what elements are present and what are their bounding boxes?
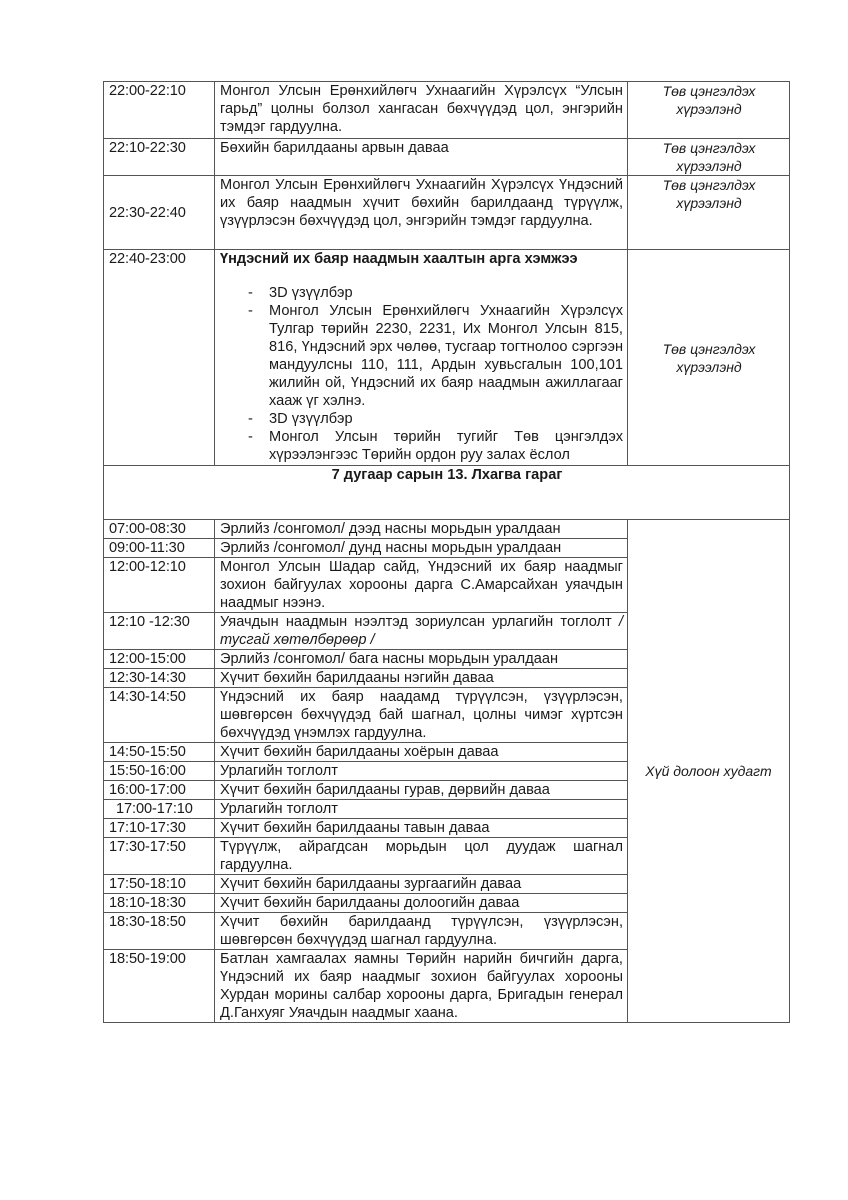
time-cell: 17:30-17:50	[104, 838, 215, 875]
event-cell: Хүчит бөхийн барилдааны нэгийн даваа	[215, 669, 628, 688]
time-cell: 14:50-15:50	[104, 743, 215, 762]
event-item: Монгол Улсын Ерөнхийлөгч Ухнаагийн Хүрэл…	[248, 302, 623, 410]
event-cell: Батлан хамгаалах яамны Төрийн нарийн бич…	[215, 950, 628, 1023]
event-item: Монгол Улсын төрийн тугийг Төв цэнгэлдэх…	[248, 428, 623, 464]
event-cell: Үндэсний их баяр наадамд түрүүлсэн, үзүү…	[215, 688, 628, 743]
time-cell: 12:10 -12:30	[104, 613, 215, 650]
event-cell: Урлагийн тоглолт	[215, 800, 628, 819]
event-cell: Эрлийз /сонгомол/ дээд насны морьдын ура…	[215, 520, 628, 539]
event-cell: Хүчит бөхийн барилдааны тавын даваа	[215, 819, 628, 838]
event-cell: Уяачдын наадмын нээлтэд зориулсан урлаги…	[215, 613, 628, 650]
table-row: 07:00-08:30 Эрлийз /сонгомол/ дээд насны…	[104, 520, 790, 539]
time-cell: 17:00-17:10	[104, 800, 215, 819]
time-cell: 12:00-15:00	[104, 650, 215, 669]
time-cell: 22:30-22:40	[104, 176, 215, 250]
time-cell: 17:10-17:30	[104, 819, 215, 838]
event-cell: Монгол Улсын Шадар сайд, Үндэсний их бая…	[215, 558, 628, 613]
time-cell: 15:50-16:00	[104, 762, 215, 781]
date-header: 7 дугаар сарын 13. Лхагва гараг	[104, 466, 790, 520]
event-cell: Хүчит бөхийн барилдаанд түрүүлсэн, үзүүр…	[215, 913, 628, 950]
time-cell: 14:30-14:50	[104, 688, 215, 743]
time-cell: 22:00-22:10	[104, 82, 215, 139]
time-cell: 22:40-23:00	[104, 250, 215, 466]
event-item-list: 3D үзүүлбэр Монгол Улсын Ерөнхийлөгч Ухн…	[220, 284, 623, 464]
date-header-row: 7 дугаар сарын 13. Лхагва гараг	[104, 466, 790, 520]
event-cell: Эрлийз /сонгомол/ бага насны морьдын ура…	[215, 650, 628, 669]
time-cell: 12:00-12:10	[104, 558, 215, 613]
time-cell: 18:50-19:00	[104, 950, 215, 1023]
location-cell: Төв цэнгэлдэх хүрээлэнд	[628, 139, 790, 176]
event-cell: Урлагийн тоглолт	[215, 762, 628, 781]
event-cell: Хүчит бөхийн барилдааны долоогийн даваа	[215, 894, 628, 913]
time-cell: 09:00-11:30	[104, 539, 215, 558]
event-item: 3D үзүүлбэр	[248, 410, 623, 428]
time-cell: 18:10-18:30	[104, 894, 215, 913]
location-cell: Төв цэнгэлдэх хүрээлэнд	[628, 250, 790, 466]
event-cell: Монгол Улсын Ерөнхийлөгч Ухнаагийн Хүрэл…	[215, 176, 628, 250]
time-cell: 12:30-14:30	[104, 669, 215, 688]
time-cell: 07:00-08:30	[104, 520, 215, 539]
event-cell: Бөхийн барилдааны арвын даваа	[215, 139, 628, 176]
event-cell: Эрлийз /сонгомол/ дунд насны морьдын ура…	[215, 539, 628, 558]
time-cell: 18:30-18:50	[104, 913, 215, 950]
event-title: Үндэсний их баяр наадмын хаалтын арга хэ…	[220, 250, 623, 268]
time-cell: 22:10-22:30	[104, 139, 215, 176]
event-cell: Хүчит бөхийн барилдааны гурав, дөрвийн д…	[215, 781, 628, 800]
table-row: 22:30-22:40 Монгол Улсын Ерөнхийлөгч Ухн…	[104, 176, 790, 250]
schedule-table: 22:00-22:10 Монгол Улсын Ерөнхийлөгч Ухн…	[103, 81, 790, 1023]
event-cell: Түрүүлж, айрагдсан морьдын цол дуудаж ша…	[215, 838, 628, 875]
event-cell: Үндэсний их баяр наадмын хаалтын арга хэ…	[215, 250, 628, 466]
event-cell: Монгол Улсын Ерөнхийлөгч Ухнаагийн Хүрэл…	[215, 82, 628, 139]
event-text: Уяачдын наадмын нээлтэд зориулсан урлаги…	[220, 614, 619, 630]
location-cell: Хүй долоон худагт	[628, 520, 790, 1023]
event-cell: Хүчит бөхийн барилдааны хоёрын даваа	[215, 743, 628, 762]
location-cell: Төв цэнгэлдэх хүрээлэнд	[628, 82, 790, 139]
time-cell: 17:50-18:10	[104, 875, 215, 894]
time-cell: 16:00-17:00	[104, 781, 215, 800]
event-cell: Хүчит бөхийн барилдааны зургаагийн даваа	[215, 875, 628, 894]
location-cell: Төв цэнгэлдэх хүрээлэнд	[628, 176, 790, 250]
table-row: 22:40-23:00 Үндэсний их баяр наадмын хаа…	[104, 250, 790, 466]
table-row: 22:00-22:10 Монгол Улсын Ерөнхийлөгч Ухн…	[104, 82, 790, 139]
event-item: 3D үзүүлбэр	[248, 284, 623, 302]
table-row: 22:10-22:30 Бөхийн барилдааны арвын дава…	[104, 139, 790, 176]
